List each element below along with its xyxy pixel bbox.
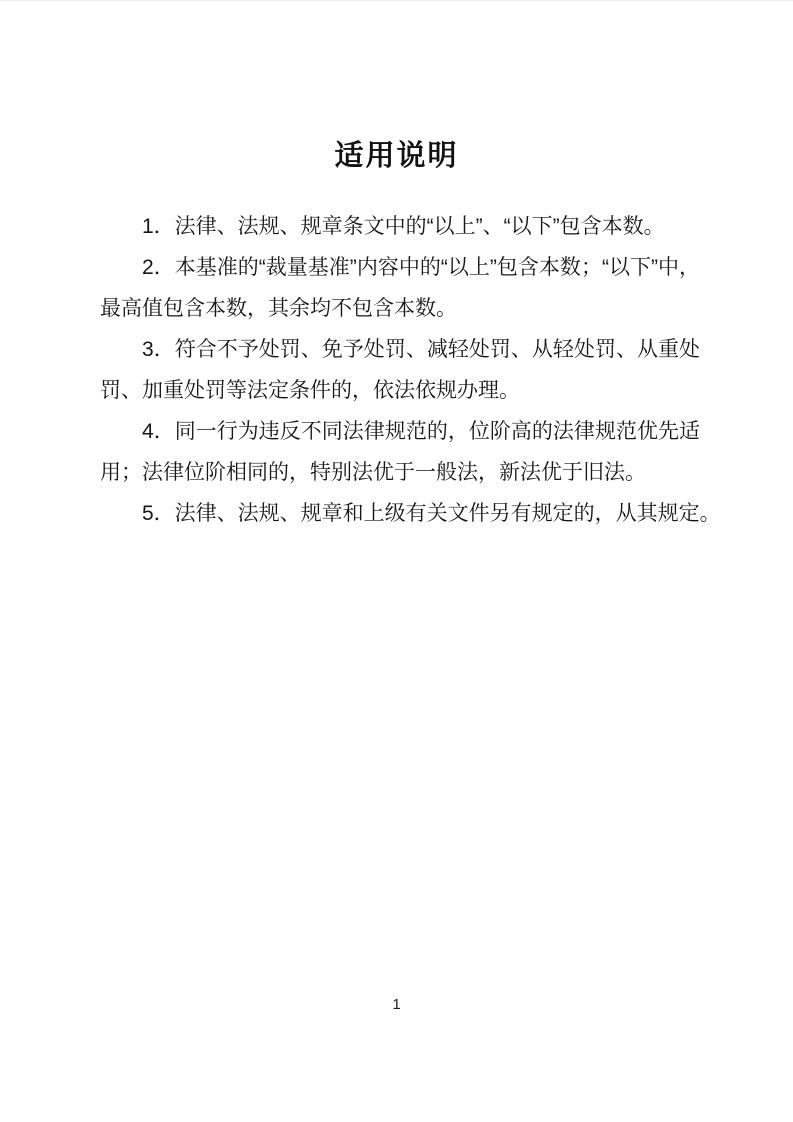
paragraph-line: 罚、加重处罚等法定条件的，依法依规办理。 — [100, 370, 700, 411]
paragraph-line: 5．法律、法规、规章和上级有关文件另有规定的，从其规定。 — [100, 493, 700, 534]
paragraph-line: 3．符合不予处罚、免予处罚、减轻处罚、从轻处罚、从重处 — [100, 329, 700, 370]
page-title: 适用说明 — [0, 133, 793, 174]
paragraph-2: 2．本基准的“裁量基准”内容中的“以上”包含本数；“以下”中， 最高值包含本数，… — [100, 247, 700, 329]
paragraph-line: 2．本基准的“裁量基准”内容中的“以上”包含本数；“以下”中， — [100, 247, 700, 288]
paragraph-line: 4．同一行为违反不同法律规范的，位阶高的法律规范优先适 — [100, 411, 700, 452]
document-page: 适用说明 1．法律、法规、规章条文中的“以上”、“以下”包含本数。 2．本基准的… — [0, 0, 793, 1122]
document-body: 1．法律、法规、规章条文中的“以上”、“以下”包含本数。 2．本基准的“裁量基准… — [100, 206, 700, 534]
paragraph-5: 5．法律、法规、规章和上级有关文件另有规定的，从其规定。 — [100, 493, 700, 534]
paragraph-4: 4．同一行为违反不同法律规范的，位阶高的法律规范优先适 用；法律位阶相同的，特别… — [100, 411, 700, 493]
page-number: 1 — [0, 996, 793, 1013]
paragraph-line: 用；法律位阶相同的，特别法优于一般法，新法优于旧法。 — [100, 452, 700, 493]
paragraph-3: 3．符合不予处罚、免予处罚、减轻处罚、从轻处罚、从重处 罚、加重处罚等法定条件的… — [100, 329, 700, 411]
paragraph-line: 1．法律、法规、规章条文中的“以上”、“以下”包含本数。 — [100, 206, 700, 247]
paragraph-1: 1．法律、法规、规章条文中的“以上”、“以下”包含本数。 — [100, 206, 700, 247]
paragraph-line: 最高值包含本数，其余均不包含本数。 — [100, 288, 700, 329]
